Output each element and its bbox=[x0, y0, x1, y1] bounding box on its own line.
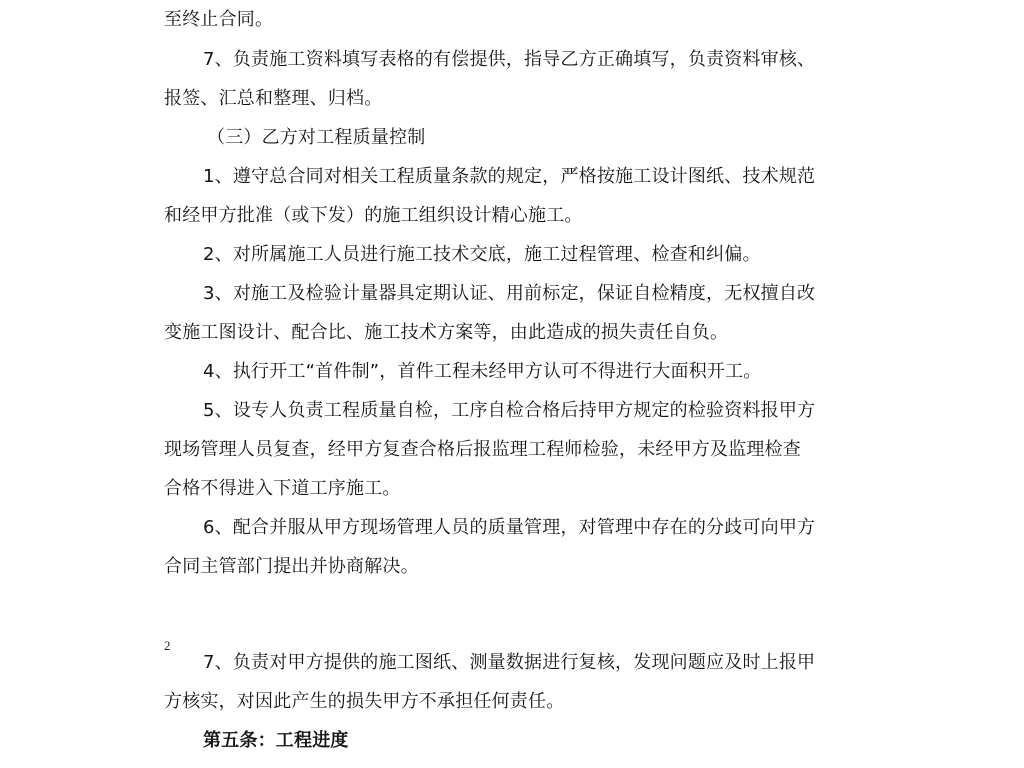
page-number: 2 bbox=[164, 638, 171, 654]
item-5-line-2: 现场管理人员复查，经甲方复查合格后报监理工程师检验，未经甲方及监理检查 bbox=[164, 439, 801, 461]
item-1-line-1: 1、遵守总合同对相关工程质量条款的规定，严格按施工设计图纸、技术规范 bbox=[203, 166, 815, 188]
item-5-line-3: 合格不得进入下道工序施工。 bbox=[164, 478, 401, 500]
item-1-line-2: 和经甲方批准（或下发）的施工组织设计精心施工。 bbox=[164, 205, 583, 227]
item-7-line-2: 方核实，对因此产生的损失甲方不承担任何责任。 bbox=[164, 691, 564, 713]
item-3-line-1: 3、对施工及检验计量器具定期认证、用前标定，保证自检精度，无权擅自改 bbox=[203, 283, 815, 305]
item-2-line-1: 2、对所属施工人员进行施工技术交底，施工过程管理、检查和纠偏。 bbox=[203, 244, 761, 266]
document-page: 至终止合同。 7、负责施工资料填写表格的有偿提供，指导乙方正确填写，负责资料审核… bbox=[0, 0, 1024, 768]
article-5-heading: 第五条：工程进度 bbox=[203, 730, 349, 752]
section-heading: （三）乙方对工程质量控制 bbox=[207, 127, 425, 149]
text-line: 至终止合同。 bbox=[164, 9, 273, 31]
clause-7-line-1: 7、负责施工资料填写表格的有偿提供，指导乙方正确填写，负责资料审核、 bbox=[203, 49, 815, 71]
item-4-line-1: 4、执行开工“首件制”，首件工程未经甲方认可不得进行大面积开工。 bbox=[203, 361, 762, 383]
item-3-line-2: 变施工图设计、配合比、施工技术方案等，由此造成的损失责任自负。 bbox=[164, 322, 728, 344]
item-7-line-1: 7、负责对甲方提供的施工图纸、测量数据进行复核，发现问题应及时上报甲 bbox=[203, 652, 815, 674]
item-5-line-1: 5、设专人负责工程质量自检，工序自检合格后持甲方规定的检验资料报甲方 bbox=[203, 400, 815, 422]
item-6-line-2: 合同主管部门提出并协商解决。 bbox=[164, 556, 419, 578]
item-6-line-1: 6、配合并服从甲方现场管理人员的质量管理，对管理中存在的分歧可向甲方 bbox=[203, 517, 815, 539]
clause-7-line-2: 报签、汇总和整理、归档。 bbox=[164, 88, 382, 110]
